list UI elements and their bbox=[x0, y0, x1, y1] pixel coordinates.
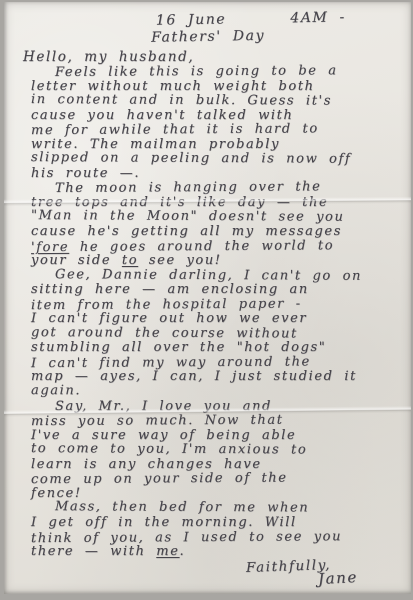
letter-line: to come to you, I'm anxious to bbox=[31, 442, 403, 458]
letter-line: The moon is hanging over the bbox=[31, 180, 403, 197]
letter-closing: Faithfully, Jane bbox=[246, 558, 358, 587]
letter-page: 16 June 4AM - Fathers' Day Hello, my hus… bbox=[4, 2, 411, 594]
line-segment: he goes around the world to bbox=[69, 238, 334, 255]
scanned-letter: 16 June 4AM - Fathers' Day Hello, my hus… bbox=[0, 0, 413, 600]
line-segment-underlined: to bbox=[122, 253, 138, 268]
letter-line: slipped on a peeling and is now off bbox=[31, 151, 403, 167]
letter-line: I get off in the morning. Will bbox=[31, 516, 403, 531]
signature-text: Jane bbox=[318, 568, 359, 588]
line-segment: see you! bbox=[138, 253, 222, 268]
time-text: 4AM - bbox=[290, 9, 346, 26]
letter-line: Gee, Dannie darling, I can't go on bbox=[31, 268, 403, 284]
letter-line: sitting here — am enclosing an bbox=[31, 283, 403, 298]
letter-line: come up on your side of the bbox=[31, 471, 403, 488]
letter-line: got around the course without bbox=[31, 326, 403, 342]
letter-line: item from the hospital paper - bbox=[31, 297, 403, 314]
line-segment: . bbox=[180, 544, 186, 559]
letter-line: I can't find my way around the bbox=[31, 355, 403, 372]
letter-line: think of you, as I used to see you bbox=[31, 529, 403, 546]
line-segment-underlined: me bbox=[156, 544, 179, 559]
letter-line: Say, Mr., I love you and bbox=[31, 400, 403, 415]
date-text: 16 June bbox=[156, 11, 227, 28]
letter-line: stumbling all over the "hot dogs" bbox=[31, 341, 403, 356]
letter-line: again. bbox=[31, 384, 403, 400]
line-segment-underlined: 'fore bbox=[31, 239, 69, 254]
letter-line: in content and in bulk. Guess it's bbox=[31, 93, 403, 109]
letter-header: 16 June 4AM - Fathers' Day bbox=[156, 9, 347, 45]
salutation-text: Hello, my husband, bbox=[23, 49, 194, 65]
letter-line: Mass, then bed for me when bbox=[31, 500, 403, 516]
letter-line: miss you so much. Now that bbox=[31, 413, 403, 430]
letter-line: 'fore he goes around the world to bbox=[31, 238, 403, 255]
letter-line: me for awhile that it is hard to bbox=[31, 122, 403, 139]
date-line: 16 June 4AM - bbox=[156, 9, 346, 28]
letter-line: map — ayes, I can, I just studied it bbox=[31, 370, 403, 385]
letter-body: Feels like this is going to be a letter … bbox=[31, 65, 403, 560]
letter-line: "Man in the Moon" doesn't see you bbox=[31, 209, 403, 225]
letter-line: Feels like this is going to be a bbox=[31, 64, 403, 81]
letter-line: cause he's getting all my messages bbox=[31, 225, 403, 240]
occasion-text: Fathers' Day bbox=[151, 26, 346, 45]
